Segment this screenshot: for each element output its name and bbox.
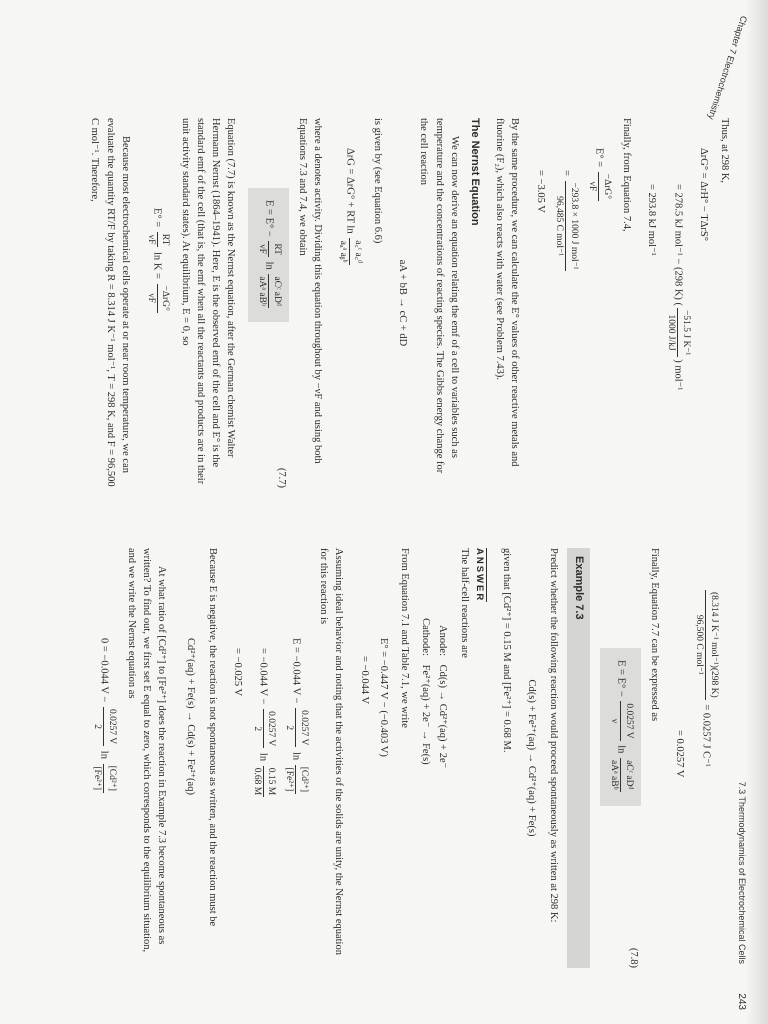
activity-fraction: a꜀ᶜ a꜀ᵈaₐᵃ aᵦᵇ [335,238,364,265]
reaction-equation: aA + bB → cC + dD [395,118,410,488]
running-head-left: Chapter 7 Electrochemistry [704,14,750,121]
anode-reaction-row: Anode: Cd(s) → Cd²⁺(aq) + 2e⁻ [435,548,450,968]
equilibrium-fraction-1: RTνF [143,232,172,248]
given-by-line: is given by (see Equation 6.6) [370,118,385,488]
nernst-298-lhs: E = E° − [615,660,626,697]
fraction-denominator: νF [584,172,598,201]
reverse-reaction: Cd²⁺(aq) + Fe(s) → Cd(s) + Fe²⁺(aq) [183,548,198,968]
ln-operator: ln [615,745,626,753]
example-given: given that [Cd²⁺] = 0.15 M and [Fe²⁺] = … [499,548,514,968]
gibbs-line-2-suffix: mol⁻¹ [672,365,683,390]
fraction-denominator: 96,500 C mol⁻¹ [691,590,705,700]
fraction-numerator: 0.0257 V [263,709,278,748]
nernst-line-1-fraction: 0.0257 V2 [281,708,310,747]
rt-over-nf-fraction: RTνF [254,241,283,257]
fraction-denominator: aAᵃ aBᵇ [254,274,268,308]
section-title-nernst: The Nernst Equation [466,118,482,488]
gibbs-line-2: = 278.5 kJ mol⁻¹ − (298 K) (−51.5 J K⁻¹1… [663,148,692,488]
fraction-numerator: a꜀ᶜ a꜀ᵈ [349,238,364,265]
cathode-label: Cathode: [418,608,433,656]
assuming-paragraph: Assuming ideal behavior and noting that … [316,548,346,968]
fraction-denominator: aₐᵃ aᵦᵇ [335,238,349,265]
zero-emf-concentration-fraction: [Cd²⁺][Fe²⁺] [89,764,118,793]
gibbs-line-3: = 293.8 kJ mol⁻¹ [644,148,659,488]
half-cell-intro: The half-cell reactions are [456,548,471,968]
fraction-denominator: 2 [249,709,263,748]
room-temperature-paragraph: Because most electrochemical cells opera… [87,118,133,488]
page-number: 243 [734,993,749,1010]
right-page-content: (8.314 J K⁻¹ mol⁻¹)(298 K)96,500 C mol⁻¹… [79,548,748,968]
fraction-denominator: 96,485 C mol⁻¹ [552,181,566,272]
standard-emf-lhs: E° = [593,148,604,167]
example-standard-emf: E° = −0.447 V − (−0.403 V) = −0.044 V [356,548,390,968]
fraction-numerator: aCᶜ aDᵈ [620,758,635,792]
nernst-intro-paragraph: We can now derive an equation relating t… [416,118,462,488]
fraction-denominator: νF [143,232,157,248]
cathode-reaction: Fe²⁺(aq) + 2e⁻ → Fe(s) [420,665,431,765]
rt-over-f-line-1: (8.314 J K⁻¹ mol⁻¹)(298 K)96,500 C mol⁻¹… [691,588,720,968]
example-standard-emf-line-2: = −0.044 V [356,638,371,968]
standard-emf-line-1: E° = −ΔrG°νF [584,148,613,488]
finally-line-right: Finally, Equation 7.7 can be expressed a… [647,548,662,968]
fraction-numerator: −ΔrG° [598,172,613,201]
fraction-numerator: [Cd²⁺] [103,764,118,793]
fraction-denominator: ν [607,701,621,740]
scanned-book-spread: Chapter 7 Electrochemistry Thus, at 298 … [0,0,768,1024]
fraction-numerator: −ΔrG° [157,284,172,313]
ln-k-term: ln K = [152,252,163,279]
gibbs-line-2-prefix: = 278.5 kJ mol⁻¹ − (298 K) [672,184,683,300]
example-nernst-equation: E = −0.044 V − 0.0257 V2 ln [Cd²⁺][Fe²⁺]… [230,548,310,968]
equilibrium-equation: E° = RTνF ln K = −ΔrG°νF [143,118,172,488]
example-nernst-line-2: = −0.044 V − 0.0257 V2 ln 0.15 M0.68 M [249,638,278,968]
equation-number: (7.7) [274,468,289,488]
standard-emf-fraction-1: −ΔrG°νF [584,172,613,201]
fraction-numerator: 0.15 M [263,766,278,797]
fraction-denominator: aAᵃ aBᵇ [607,758,621,792]
equilibrium-fraction-2: −ΔrG°νF [143,284,172,313]
standard-emf-fraction-2: −293.8 × 1000 J mol⁻¹96,485 C mol⁻¹ [552,181,581,272]
conclusion-paragraph: Because E is negative, the reaction is n… [204,548,219,968]
fraction-denominator: [Fe²⁺] [89,764,103,793]
fraction-denominator: νF [254,241,268,257]
nernst-298-shaded-box: E = E° − 0.0257 Vν ln aCᶜ aDᵈaAᵃ aBᵇ [601,648,642,806]
left-page: Chapter 7 Electrochemistry Thus, at 298 … [0,0,768,512]
fraction-numerator: −293.8 × 1000 J mol⁻¹ [565,181,580,272]
nernst-equation-shaded-box: E = E° − RTνF ln aCᶜ aDᵈaAᵃ aBᵇ [248,188,289,322]
nernst-298-fraction: 0.0257 Vν [607,701,636,740]
gibbs-line-1: ΔrG° = ΔrH° − TΔrS° [696,148,711,488]
fraction-numerator: (8.314 J K⁻¹ mol⁻¹)(298 K) [705,590,720,700]
nernst-equation-7-7: E = E° − RTνF ln aCᶜ aDᵈaAᵃ aBᵇ (7.7) [248,118,289,488]
anode-reaction: Cd(s) → Cd²⁺(aq) + 2e⁻ [437,665,448,769]
fraction-numerator: aCᶜ aDᵈ [268,274,283,308]
zero-emf-fraction: 0.0257 V2 [89,707,118,746]
gibbs-equation: ΔrG° = ΔrH° − TΔrS° = 278.5 kJ mol⁻¹ − (… [644,118,711,488]
standard-emf-line-2: = −293.8 × 1000 J mol⁻¹96,485 C mol⁻¹ [552,148,581,488]
fraction-numerator: 0.0257 V [295,708,310,747]
zero-emf-prefix: 0 = −0.044 V − [98,638,109,702]
from-equation-line: From Equation 7.1 and Table 7.1, we writ… [397,548,412,968]
fraction-numerator: 0.0257 V [620,701,635,740]
thus-line: Thus, at 298 K, [717,118,732,488]
activity-quotient-fraction: aCᶜ aDᵈaAᵃ aBᵇ [254,274,283,308]
rt-over-f-equation: (8.314 J K⁻¹ mol⁻¹)(298 K)96,500 C mol⁻¹… [672,548,720,968]
nernst-line-1-prefix: E = −0.044 V − [290,638,301,704]
fraction-numerator: RT [157,232,172,248]
example-7-3: Example 7.3 Predict whether the followin… [183,548,590,968]
equation-number: (7.8) [626,948,641,968]
ln-operator: ln [263,262,274,270]
example-reaction: Cd(s) + Fe²⁺(aq) → Cd²⁺(aq) + Fe(s) [524,548,539,968]
anode-label: Anode: [435,608,450,656]
fraction-denominator: 1000 J/kJ [663,308,677,357]
zero-emf-equation: 0 = −0.044 V − 0.0257 V2 ln [Cd²⁺][Fe²⁺] [89,548,118,968]
example-nernst-result: = −0.025 V [230,638,245,968]
nernst-lhs: E = E° − [263,200,274,237]
rt-over-f-fraction: (8.314 J K⁻¹ mol⁻¹)(298 K)96,500 C mol⁻¹ [691,590,720,700]
fraction-denominator: 2 [281,708,295,747]
fraction-numerator: RT [268,241,283,257]
ratio-paragraph: At what ratio of [Cd²⁺] to [Fe²⁺] does t… [124,548,170,968]
cathode-reaction-row: Cathode: Fe²⁺(aq) + 2e⁻ → Fe(s) [418,548,433,968]
gibbs-fraction: −51.5 J K⁻¹1000 J/kJ [663,308,692,357]
nernst-line-2-concentration-fraction: 0.15 M0.68 M [249,766,278,797]
delta-g-equation: ΔrG = ΔrG° + RT ln a꜀ᶜ a꜀ᵈaₐᵃ aᵦᵇ [335,118,364,488]
right-page: 7.3 Thermodynamics of Electrochemical Ce… [0,512,768,1024]
nernst-line-2-fraction: 0.0257 V2 [249,709,278,748]
fraction-denominator: [Fe²⁺] [281,765,295,794]
fraction-denominator: νF [143,284,157,313]
rt-over-f-result-1: = 0.0257 J C⁻¹ [700,704,711,766]
example-title: Example 7.3 [567,548,591,968]
nernst-description-paragraph: Equation (7.7) is known as the Nernst eq… [177,118,238,488]
activity-paragraph: where a denotes activity. Dividing this … [295,118,325,488]
example-question: Predict whether the following reaction w… [545,548,560,968]
answer-label: ANSWER [472,548,487,602]
example-standard-emf-line-1: E° = −0.447 V − (−0.403 V) [376,638,391,968]
left-page-content: Thus, at 298 K, ΔrG° = ΔrH° − TΔrS° = 27… [81,118,732,488]
nernst-line-2-prefix: = −0.044 V − [258,648,269,704]
delta-g-lhs: ΔrG = ΔrG° + RT ln [344,148,355,234]
finally-line: Finally, from Equation 7.4, [619,118,634,488]
fraction-numerator: −51.5 J K⁻¹ [677,308,692,357]
fraction-numerator: [Cd²⁺] [295,765,310,794]
fraction-numerator: 0.0257 V [103,707,118,746]
equilibrium-lhs: E° = [152,208,163,227]
fraction-denominator: 0.68 M [249,766,263,797]
example-nernst-line-1: E = −0.044 V − 0.0257 V2 ln [Cd²⁺][Fe²⁺] [281,638,310,968]
rt-over-f-result-2: = 0.0257 V [672,588,687,968]
standard-emf-result: = −3.05 V [532,148,547,488]
nernst-equation-7-8: E = E° − 0.0257 Vν ln aCᶜ aDᵈaAᵃ aBᵇ (7.… [601,548,642,968]
fraction-denominator: 2 [89,707,103,746]
standard-emf-equation: E° = −ΔrG°νF = −293.8 × 1000 J mol⁻¹96,4… [532,118,612,488]
nernst-line-1-concentration-fraction: [Cd²⁺][Fe²⁺] [281,765,310,794]
activity-quotient-fraction: aCᶜ aDᵈaAᵃ aBᵇ [607,758,636,792]
same-procedure-paragraph: By the same procedure, we can calculate … [492,118,522,488]
